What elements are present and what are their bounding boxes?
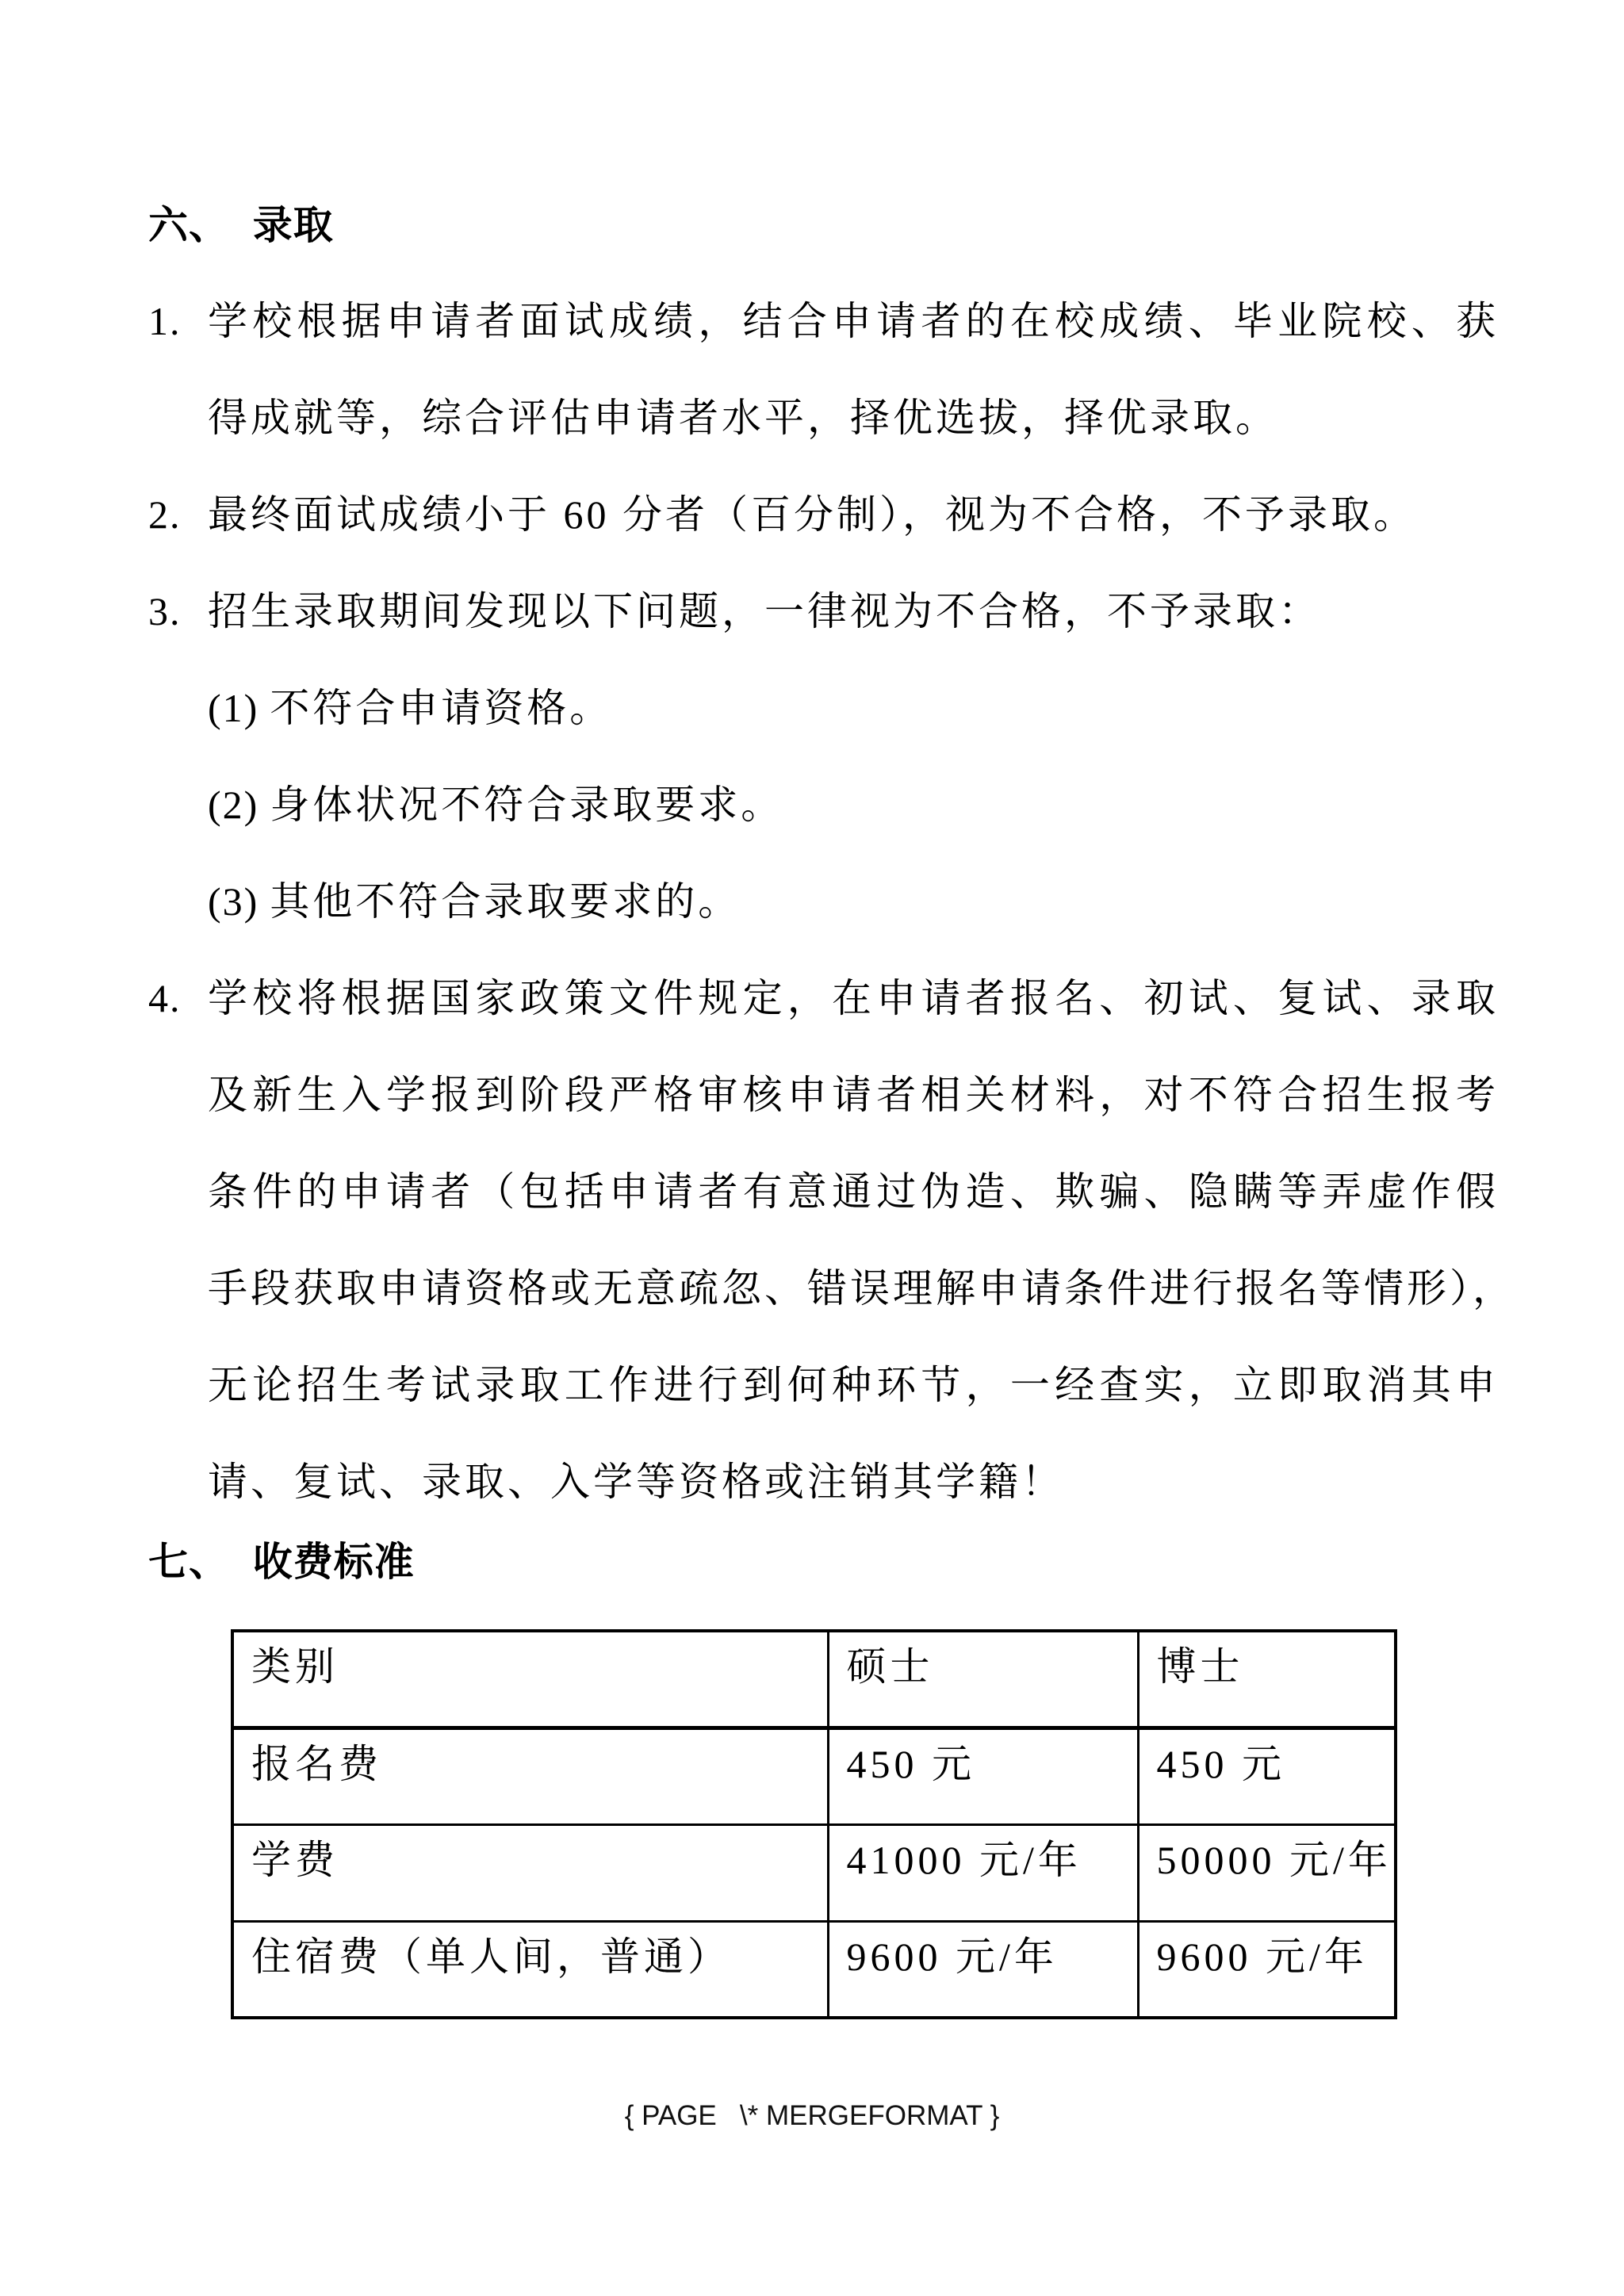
sub-item-text: 其他不符合录取要求的。: [270, 879, 741, 924]
item-number: 1.: [148, 273, 208, 466]
sub-item-1: (1)不符合申请资格。: [148, 660, 1499, 756]
table-cell: 学费: [232, 1824, 828, 1921]
section-7-heading: 七、 收费标准: [148, 1540, 1499, 1583]
item-line: 手段获取申请资格或无意疏忽、错误理解申请条件进行报名等情形），: [208, 1240, 1499, 1337]
table-header-cell: 类别: [232, 1631, 828, 1728]
item-line: 无论招生考试录取工作进行到何种环节，一经查实，立即取消其申: [208, 1337, 1499, 1433]
sub-item-number: (3): [208, 879, 259, 924]
table-header-cell: 博士: [1138, 1631, 1396, 1728]
table-cell: 41000 元/年: [828, 1824, 1138, 1921]
sub-item-number: (2): [208, 783, 259, 827]
sub-item-text: 不符合申请资格。: [270, 686, 612, 730]
sub-item-number: (1): [208, 686, 259, 730]
item-line: 及新生入学报到阶段严格审核申请者相关材料，对不符合招生报考: [208, 1047, 1499, 1143]
table-row: 学费 41000 元/年 50000 元/年: [232, 1824, 1396, 1921]
sub-item-2: (2)身体状况不符合录取要求。: [148, 756, 1499, 853]
list-item-2: 2. 最终面试成绩小于 60 分者（百分制），视为不合格，不予录取。: [148, 466, 1499, 563]
table-header-cell: 硕士: [828, 1631, 1138, 1728]
table-cell: 9600 元/年: [1138, 1921, 1396, 2018]
item-line: 条件的申请者（包括申请者有意通过伪造、欺骗、隐瞒等弄虚作假: [208, 1143, 1499, 1240]
page-number-field: { PAGE \* MERGEFORMAT }: [0, 2099, 1624, 2133]
sub-item-text: 身体状况不符合录取要求。: [270, 783, 783, 827]
list-item-4: 4. 学校将根据国家政策文件规定，在申请者报名、初试、复试、录取 及新生入学报到…: [148, 950, 1499, 1530]
item-number: 2.: [148, 466, 208, 563]
item-number: 4.: [148, 950, 208, 1530]
item-line: 得成就等，综合评估申请者水平，择优选拔，择优录取。: [208, 369, 1499, 466]
section-6-heading: 六、 录取: [148, 0, 1499, 247]
item-text: 最终面试成绩小于 60 分者（百分制），视为不合格，不予录取。: [208, 466, 1499, 563]
item-line: 学校将根据国家政策文件规定，在申请者报名、初试、复试、录取: [208, 950, 1499, 1047]
table-cell: 报名费: [232, 1728, 828, 1824]
item-line: 请、复试、录取、入学等资格或注销其学籍！: [208, 1433, 1499, 1530]
fees-table: 类别 硕士 博士 报名费 450 元 450 元 学费 41000 元/年 50…: [231, 1629, 1397, 2019]
item-text: 学校将根据国家政策文件规定，在申请者报名、初试、复试、录取 及新生入学报到阶段严…: [208, 950, 1499, 1530]
table-cell: 50000 元/年: [1138, 1824, 1396, 1921]
table-cell: 450 元: [1138, 1728, 1396, 1824]
item-line: 招生录取期间发现以下问题，一律视为不合格，不予录取：: [208, 563, 1499, 660]
item-line: 最终面试成绩小于 60 分者（百分制），视为不合格，不予录取。: [208, 466, 1499, 563]
table-row: 住宿费（单人间，普通） 9600 元/年 9600 元/年: [232, 1921, 1396, 2018]
table-cell: 450 元: [828, 1728, 1138, 1824]
list-item-3: 3. 招生录取期间发现以下问题，一律视为不合格，不予录取：: [148, 563, 1499, 660]
table-cell: 住宿费（单人间，普通）: [232, 1921, 828, 2018]
document-page: 六、 录取 1. 学校根据申请者面试成绩，结合申请者的在校成绩、毕业院校、获 得…: [0, 0, 1624, 2296]
table-cell: 9600 元/年: [828, 1921, 1138, 2018]
item-text: 招生录取期间发现以下问题，一律视为不合格，不予录取：: [208, 563, 1499, 660]
sub-item-3: (3)其他不符合录取要求的。: [148, 853, 1499, 950]
page-content: 六、 录取 1. 学校根据申请者面试成绩，结合申请者的在校成绩、毕业院校、获 得…: [0, 0, 1624, 2019]
item-line: 学校根据申请者面试成绩，结合申请者的在校成绩、毕业院校、获: [208, 273, 1499, 369]
table-row: 报名费 450 元 450 元: [232, 1728, 1396, 1824]
table-header-row: 类别 硕士 博士: [232, 1631, 1396, 1728]
admission-list: 1. 学校根据申请者面试成绩，结合申请者的在校成绩、毕业院校、获 得成就等，综合…: [148, 273, 1499, 1530]
list-item-1: 1. 学校根据申请者面试成绩，结合申请者的在校成绩、毕业院校、获 得成就等，综合…: [148, 273, 1499, 466]
item-number: 3.: [148, 563, 208, 660]
item-text: 学校根据申请者面试成绩，结合申请者的在校成绩、毕业院校、获 得成就等，综合评估申…: [208, 273, 1499, 466]
